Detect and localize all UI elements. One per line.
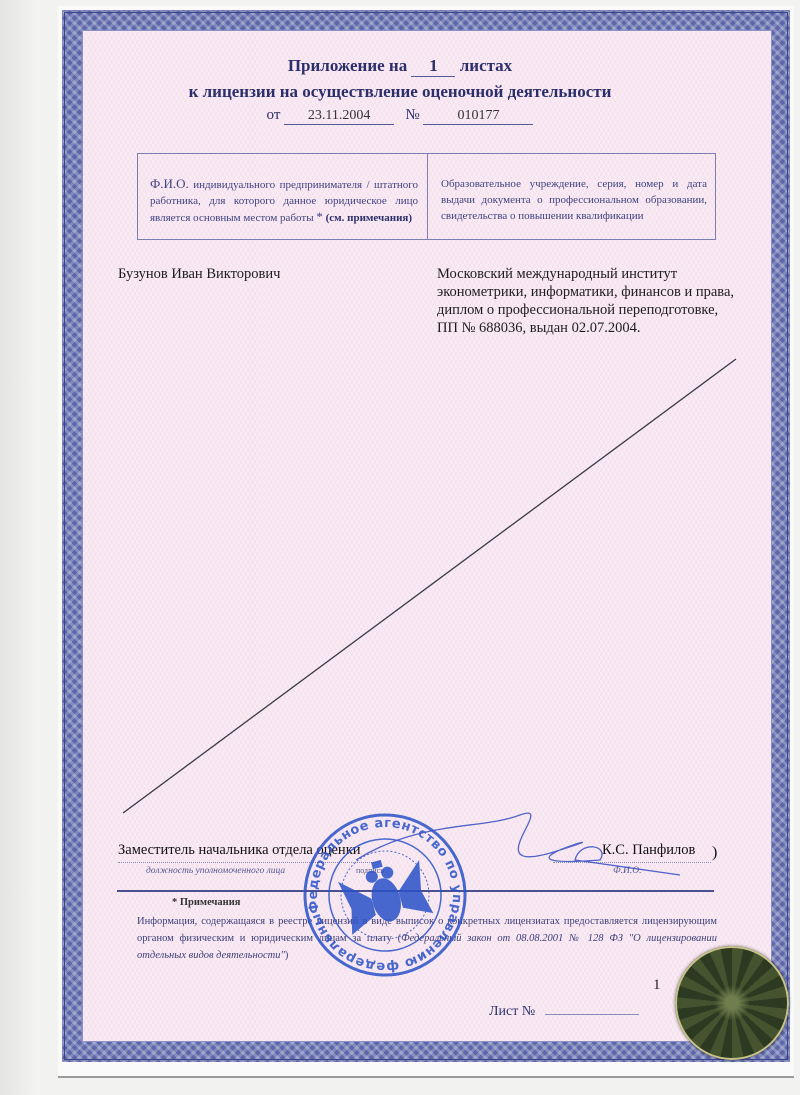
official-stamp: Федеральное агентство по управлению феде… <box>0 0 800 1095</box>
sheet-label: Лист № <box>489 1004 535 1019</box>
sheet-number: Лист № <box>489 1004 639 1020</box>
hologram-seal <box>675 946 789 1060</box>
page-number: 1 <box>653 977 661 994</box>
svg-text:Федеральное агентство по управ: Федеральное агентство по управлению феде… <box>0 0 482 1073</box>
stamp-outer-text: Федеральное агентство по управлению феде… <box>0 0 482 1073</box>
sheet-number-field <box>545 1014 639 1015</box>
